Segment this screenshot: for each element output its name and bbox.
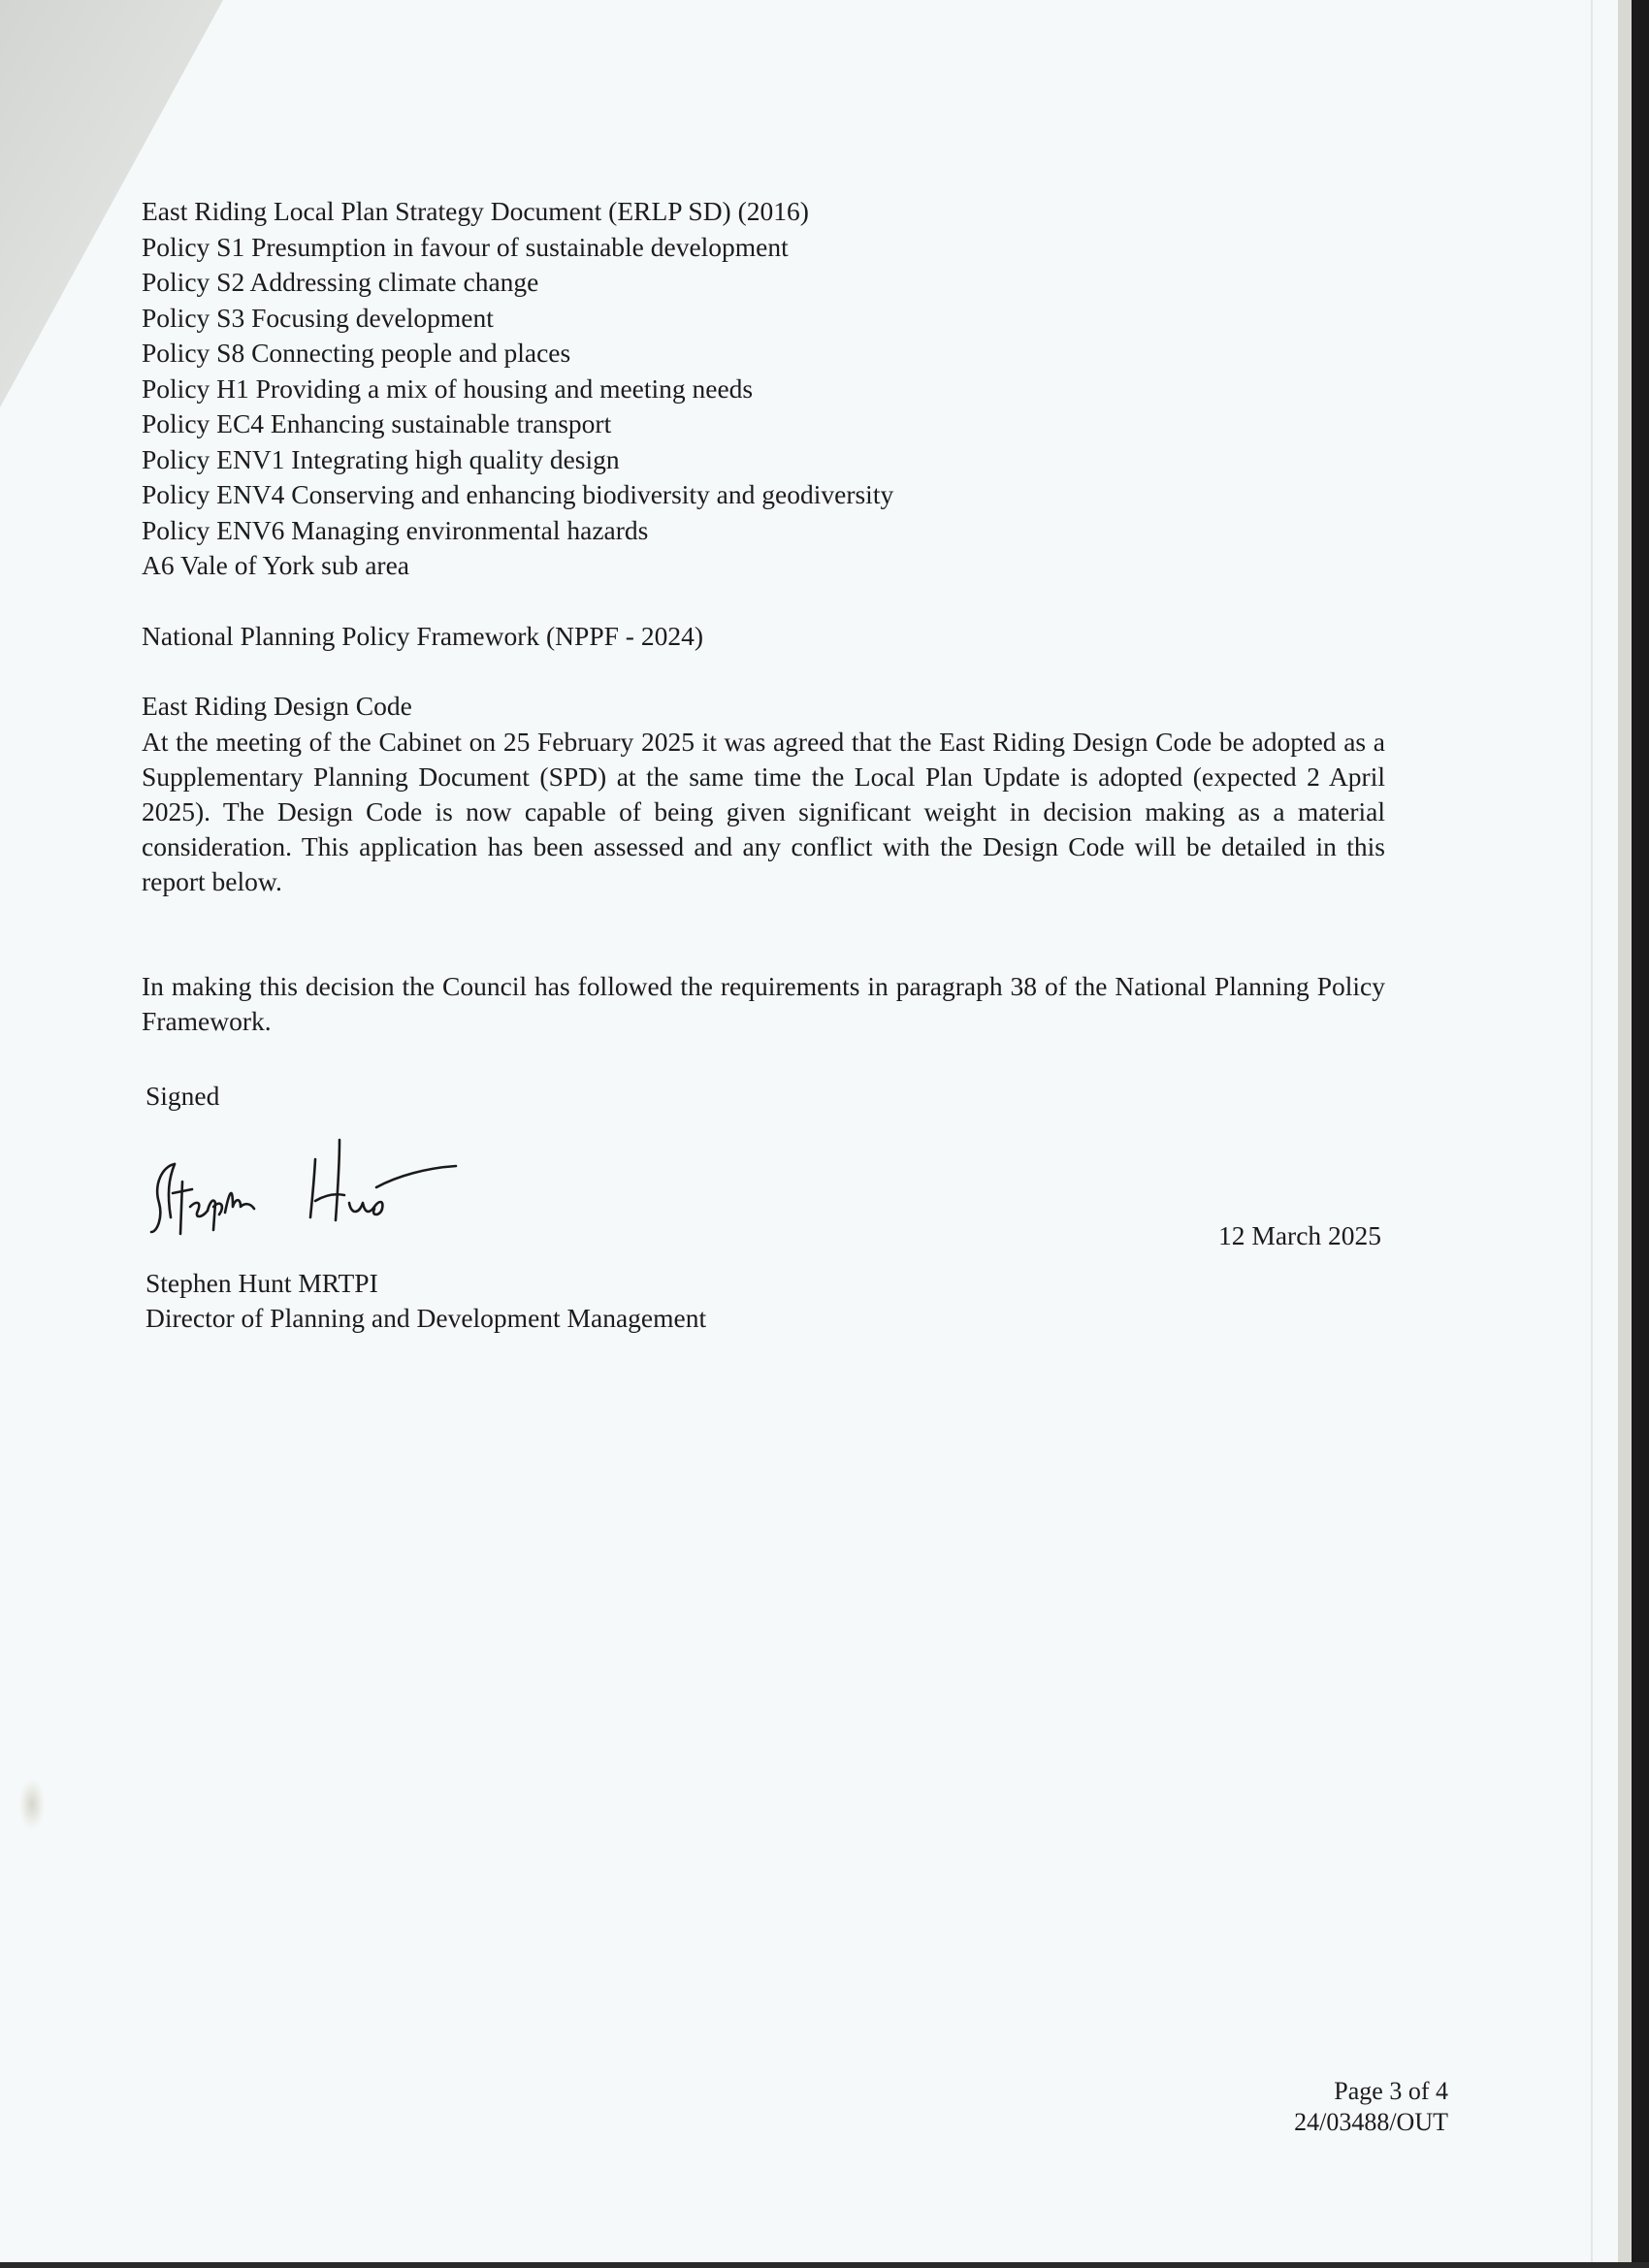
document-body: East Riding Local Plan Strategy Document…	[142, 194, 1403, 1039]
paper-speck	[19, 1780, 45, 1829]
policy-item: Policy ENV1 Integrating high quality des…	[142, 442, 1403, 478]
decision-statement: In making this decision the Council has …	[142, 969, 1385, 1039]
policy-item: Policy ENV6 Managing environmental hazar…	[142, 513, 1403, 549]
policy-item: Policy S8 Connecting people and places	[142, 336, 1403, 372]
signatory-name: Stephen Hunt MRTPI	[145, 1266, 706, 1301]
nppf-reference: National Planning Policy Framework (NPPF…	[142, 619, 1403, 655]
decision-date: 12 March 2025	[1218, 1220, 1381, 1251]
design-code-heading: East Riding Design Code	[142, 689, 1403, 725]
signatory-block: Stephen Hunt MRTPI Director of Planning …	[145, 1266, 706, 1336]
policy-list: Policy S1 Presumption in favour of susta…	[142, 230, 1403, 584]
application-reference: 24/03488/OUT	[1294, 2107, 1448, 2138]
policy-item: A6 Vale of York sub area	[142, 548, 1403, 584]
policy-item: Policy ENV4 Conserving and enhancing bio…	[142, 477, 1403, 513]
scanner-bottom-edge	[0, 2262, 1649, 2268]
handwritten-signature	[145, 1125, 495, 1242]
design-code-paragraph: At the meeting of the Cabinet on 25 Febr…	[142, 725, 1385, 899]
signed-label-block: Signed	[145, 1079, 1406, 1114]
scanner-edge-inner	[1618, 0, 1632, 2268]
local-plan-heading: East Riding Local Plan Strategy Document…	[142, 194, 1403, 230]
page-number: Page 3 of 4	[1294, 2076, 1448, 2107]
page-edge-line	[1591, 0, 1593, 2268]
scanner-edge	[1632, 0, 1649, 2268]
signatory-title: Director of Planning and Development Man…	[145, 1301, 706, 1336]
policy-item: Policy S1 Presumption in favour of susta…	[142, 230, 1403, 266]
policy-item: Policy H1 Providing a mix of housing and…	[142, 372, 1403, 407]
policy-item: Policy S2 Addressing climate change	[142, 265, 1403, 301]
page-footer: Page 3 of 4 24/03488/OUT	[1294, 2076, 1448, 2138]
signed-label: Signed	[145, 1079, 1406, 1114]
policy-item: Policy S3 Focusing development	[142, 301, 1403, 337]
policy-item: Policy EC4 Enhancing sustainable transpo…	[142, 406, 1403, 442]
